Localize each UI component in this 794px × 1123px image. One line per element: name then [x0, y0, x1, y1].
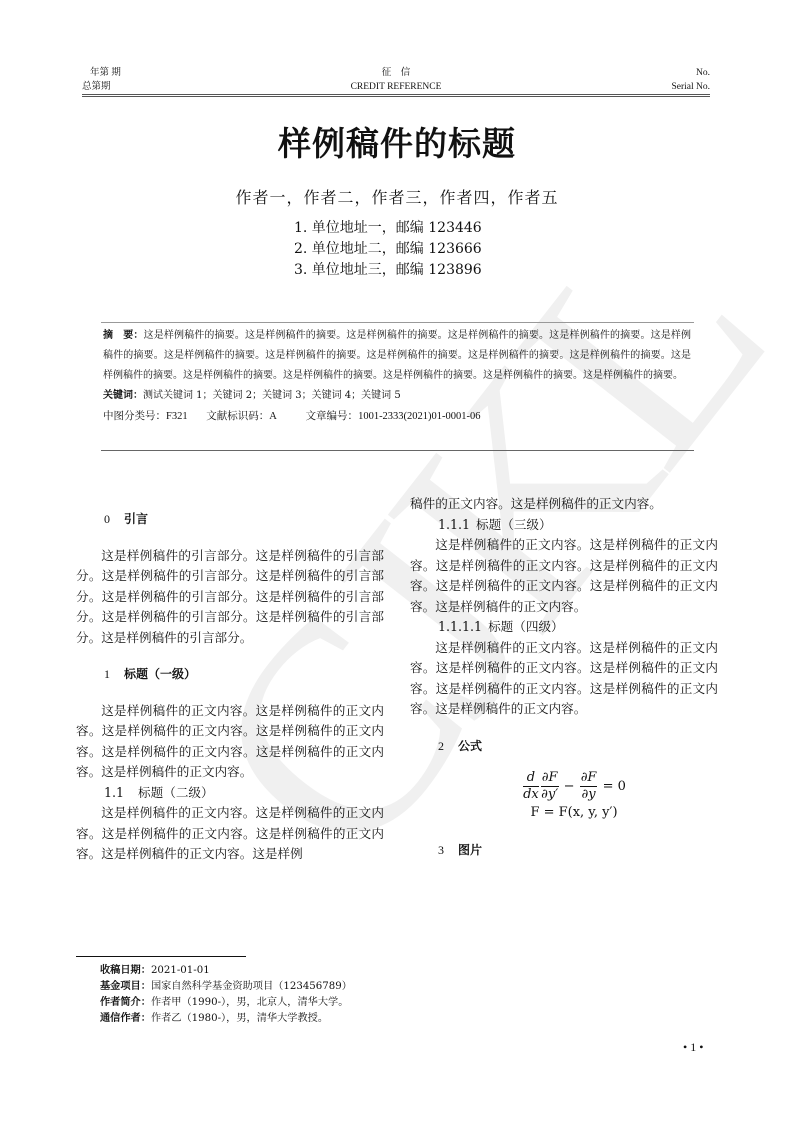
abstract-top-rule — [101, 322, 694, 323]
fraction: ∂F∂y′ — [541, 770, 559, 803]
bio-label: 作者简介： — [100, 997, 151, 1008]
page-number: • 1 • — [683, 1040, 703, 1055]
section-title: 标题（三级） — [476, 517, 552, 532]
journal-name-cn: 征 信 — [82, 66, 710, 80]
equation-rhs: = 0 — [603, 779, 626, 794]
article-no-value: 1001-2333(2021)01-0001-06 — [358, 411, 480, 422]
section-number: 2 — [438, 739, 444, 753]
author-list: 作者一，作者二，作者三，作者四，作者五 — [0, 185, 794, 208]
fund-value: 国家自然科学基金资助项目（123456789） — [151, 981, 352, 992]
section-title: 图片 — [458, 843, 482, 857]
section-1-1-paragraph-continued: 稿件的正文内容。这是样例稿件的正文内容。 — [410, 494, 718, 515]
section-number: 1.1.1.1 — [438, 619, 482, 634]
section-heading-1-1: 1.1标题（二级） — [76, 783, 384, 804]
corresponding-author: 通信作者：作者乙（1980-），男，清华大学教授。 — [100, 1011, 352, 1027]
paper-title: 样例稿件的标题 — [0, 118, 794, 165]
affiliation-item: 1. 单位地址一，邮编 123446 — [294, 218, 482, 239]
section-number: 1.1 — [104, 785, 124, 800]
minus-sign: − — [564, 779, 575, 794]
received-value: 2021-01-01 — [151, 965, 210, 976]
fraction: ∂F∂y — [580, 770, 598, 803]
clc-value: F321 — [166, 411, 188, 422]
keywords: 关键词：测试关键词 1；关键词 2；关键词 3；关键词 4；关键词 5 — [103, 386, 691, 406]
classification-line: 中图分类号：F321 文献标识码：A 文章编号：1001-2333(2021)0… — [103, 406, 691, 427]
section-1-1-1-paragraph: 这是样例稿件的正文内容。这是样例稿件的正文内容。这是样例稿件的正文内容。这是样例… — [410, 535, 718, 617]
doc-code-value: A — [269, 411, 277, 422]
author-bio: 作者简介：作者甲（1990-），男，北京人，清华大学。 — [100, 995, 352, 1011]
corr-label: 通信作者： — [100, 1013, 151, 1024]
bio-value: 作者甲（1990-），男，北京人，清华大学。 — [151, 997, 348, 1008]
intro-paragraph: 这是样例稿件的引言部分。这是样例稿件的引言部分。这是样例稿件的引言部分。这是样例… — [76, 546, 384, 649]
corr-value: 作者乙（1980-），男，清华大学教授。 — [151, 1013, 328, 1024]
abstract-block: 摘 要：这是样例稿件的摘要。这是样例稿件的摘要。这是样例稿件的摘要。这是样例稿件… — [103, 326, 691, 427]
affiliation-item: 3. 单位地址三，邮编 123896 — [294, 260, 482, 281]
article-no-label: 文章编号： — [306, 410, 359, 422]
section-title: 公式 — [458, 739, 482, 753]
section-heading-1: 1标题（一级） — [76, 664, 384, 685]
received-label: 收稿日期： — [100, 965, 151, 976]
section-1-paragraph: 这是样例稿件的正文内容。这是样例稿件的正文内容。这是样例稿件的正文内容。这是样例… — [76, 701, 384, 783]
received-date: 收稿日期：2021-01-01 — [100, 963, 352, 979]
equation-block: ddx∂F∂y′ − ∂F∂y = 0 F = F(x, y, y′) — [410, 768, 718, 824]
abstract-label: 摘 要： — [103, 330, 144, 341]
denominator: dx — [523, 787, 539, 803]
numerator: ∂F — [541, 770, 559, 787]
fund-label: 基金项目： — [100, 981, 151, 992]
section-number: 0 — [104, 512, 110, 526]
doc-code-label: 文献标识码： — [206, 410, 269, 422]
equation-F-definition: F = F(x, y, y′) — [430, 802, 718, 824]
header-double-rule — [82, 94, 710, 97]
journal-name-en: CREDIT REFERENCE — [82, 80, 710, 94]
section-1-1-1-1-paragraph: 这是样例稿件的正文内容。这是样例稿件的正文内容。这是样例稿件的正文内容。这是样例… — [410, 638, 718, 720]
section-heading-2: 2公式 — [410, 736, 718, 757]
section-number: 1 — [104, 667, 110, 681]
section-heading-1-1-1-1: 1.1.1.1标题（四级） — [410, 617, 718, 638]
numerator: d — [523, 770, 539, 787]
affiliation-list: 1. 单位地址一，邮编 123446 2. 单位地址二，邮编 123666 3.… — [294, 218, 482, 281]
section-number: 3 — [438, 843, 444, 857]
section-heading-intro: 0引言 — [76, 509, 384, 530]
footnote-rule — [76, 956, 246, 957]
left-column: 0引言 这是样例稿件的引言部分。这是样例稿件的引言部分。这是样例稿件的引言部分。… — [76, 509, 384, 865]
keywords-label: 关键词： — [103, 390, 143, 401]
section-title: 引言 — [124, 512, 148, 526]
denominator: ∂y′ — [541, 787, 559, 803]
fund-project: 基金项目：国家自然科学基金资助项目（123456789） — [100, 979, 352, 995]
affiliation-item: 2. 单位地址二，邮编 123666 — [294, 239, 482, 260]
clc-label: 中图分类号： — [103, 410, 166, 422]
running-header: 年第 期 征 信 No. 总第期 CREDIT REFERENCE Serial… — [82, 66, 710, 94]
abstract-bottom-rule — [101, 450, 694, 451]
numerator: ∂F — [580, 770, 598, 787]
denominator: ∂y — [580, 787, 598, 803]
keywords-text: 测试关键词 1；关键词 2；关键词 3；关键词 4；关键词 5 — [143, 390, 401, 401]
section-title: 标题（二级） — [138, 785, 214, 800]
right-column: 稿件的正文内容。这是样例稿件的正文内容。 1.1.1标题（三级） 这是样例稿件的… — [410, 494, 718, 861]
equation-euler-lagrange: ddx∂F∂y′ − ∂F∂y = 0 — [430, 768, 718, 806]
section-heading-1-1-1: 1.1.1标题（三级） — [410, 515, 718, 536]
fraction: ddx — [523, 770, 539, 803]
section-number: 1.1.1 — [438, 517, 470, 532]
section-heading-3: 3图片 — [410, 840, 718, 861]
section-title: 标题（一级） — [124, 667, 196, 681]
section-1-1-paragraph: 这是样例稿件的正文内容。这是样例稿件的正文内容。这是样例稿件的正文内容。这是样例… — [76, 803, 384, 865]
abstract: 摘 要：这是样例稿件的摘要。这是样例稿件的摘要。这是样例稿件的摘要。这是样例稿件… — [103, 326, 691, 386]
section-title: 标题（四级） — [488, 619, 564, 634]
abstract-text: 这是样例稿件的摘要。这是样例稿件的摘要。这是样例稿件的摘要。这是样例稿件的摘要。… — [103, 330, 691, 381]
footnote-block: 收稿日期：2021-01-01 基金项目：国家自然科学基金资助项目（123456… — [100, 963, 352, 1027]
